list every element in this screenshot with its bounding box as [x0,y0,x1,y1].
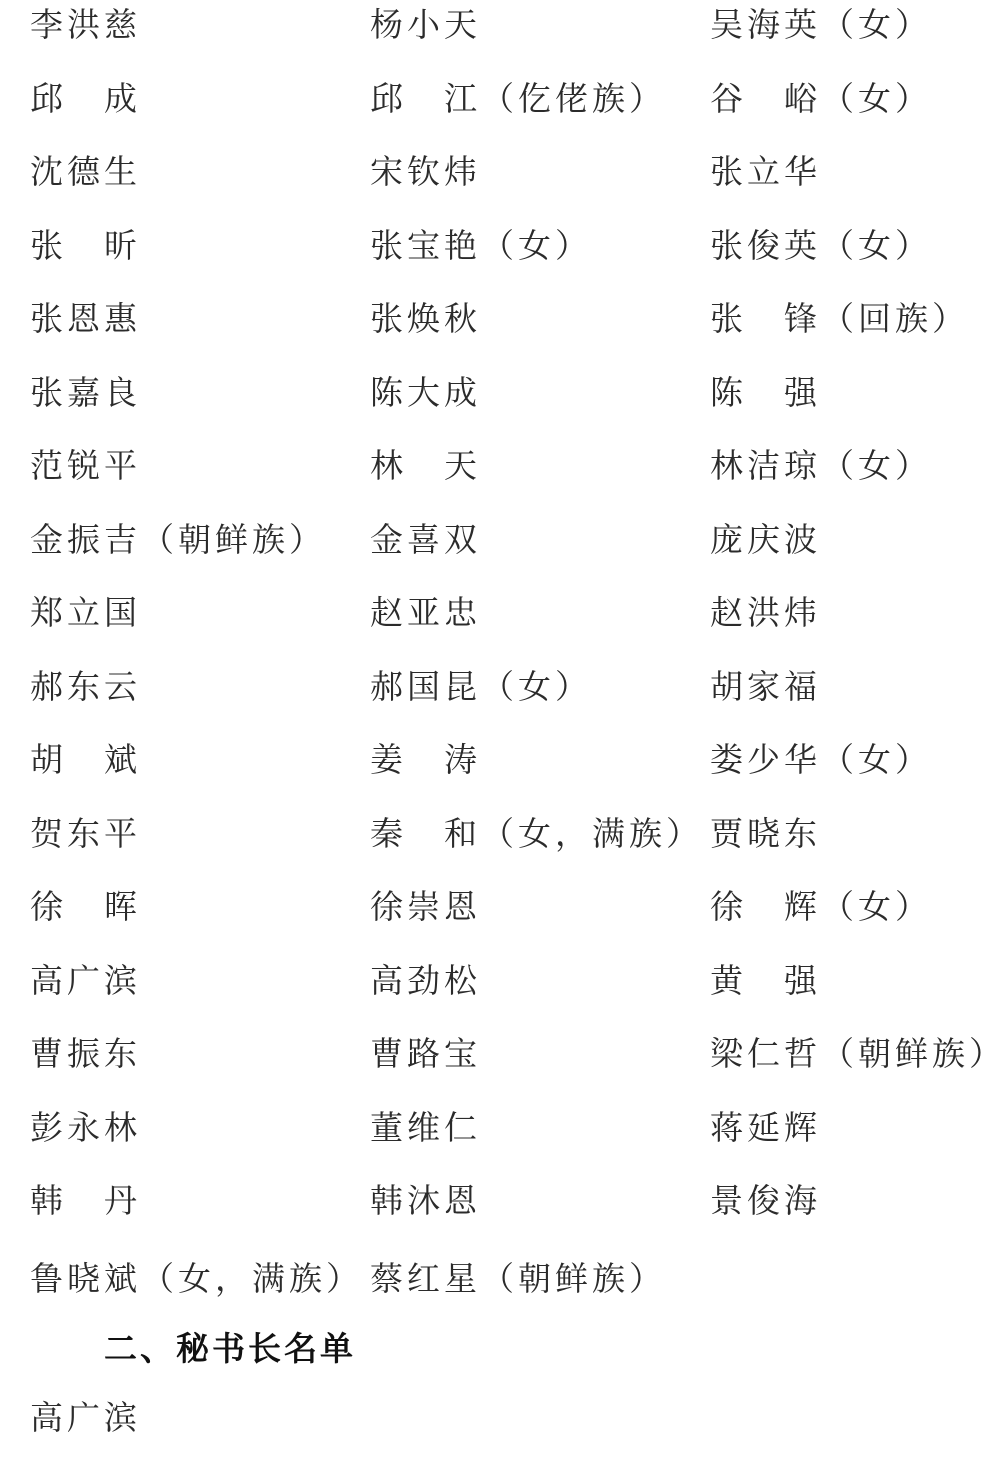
name-row: 张恩惠 张焕秋 张 锋（回族） [0,294,1002,344]
member-name: 郝国昆（女） [370,662,592,712]
member-name: 张俊英（女） [710,221,932,271]
member-name: 董维仁 [370,1103,481,1153]
member-name: 姜 涛 [370,735,481,785]
member-name: 郑立国 [30,588,141,638]
member-name: 蔡红星（朝鲜族） [370,1254,666,1304]
name-row: 郝东云 郝国昆（女） 胡家福 [0,662,1002,712]
member-name: 高广滨 [30,956,141,1006]
member-name: 赵洪炜 [710,588,821,638]
member-name: 彭永林 [30,1103,141,1153]
member-name: 梁仁哲（朝鲜族） [710,1029,1002,1079]
name-row: 彭永林 董维仁 蒋延辉 [0,1103,1002,1153]
secretary-general-name: 高广滨 [30,1393,141,1443]
member-name: 张恩惠 [30,294,141,344]
member-name: 张 锋（回族） [710,294,969,344]
name-row: 高广滨 高劲松 黄 强 [0,956,1002,1006]
member-name: 贺东平 [30,809,141,859]
member-name: 赵亚忠 [370,588,481,638]
member-name: 韩 丹 [30,1176,141,1226]
name-row: 韩 丹 韩沐恩 景俊海 [0,1176,1002,1226]
name-row: 沈德生 宋钦炜 张立华 [0,147,1002,197]
member-name: 陈 强 [710,368,821,418]
member-name: 黄 强 [710,956,821,1006]
member-name: 鲁晓斌（女，满族） [30,1254,363,1304]
name-row: 郑立国 赵亚忠 赵洪炜 [0,588,1002,638]
name-row: 范锐平 林 天 林洁琼（女） [0,441,1002,491]
member-name: 李洪慈 [30,0,141,50]
member-name: 徐崇恩 [370,882,481,932]
name-row: 张嘉良 陈大成 陈 强 [0,368,1002,418]
member-name: 贾晓东 [710,809,821,859]
name-row: 胡 斌 姜 涛 娄少华（女） [0,735,1002,785]
member-name: 林洁琼（女） [710,441,932,491]
member-name: 秦 和（女，满族） [370,809,703,859]
member-name: 范锐平 [30,441,141,491]
member-name: 张立华 [710,147,821,197]
name-row: 鲁晓斌（女，满族） 蔡红星（朝鲜族） [0,1254,1002,1304]
member-name: 杨小天 [370,0,481,50]
member-name: 景俊海 [710,1176,821,1226]
member-name: 韩沐恩 [370,1176,481,1226]
name-row: 曹振东 曹路宝 梁仁哲（朝鲜族） [0,1029,1002,1079]
name-row: 贺东平 秦 和（女，满族） 贾晓东 [0,809,1002,859]
member-name: 张焕秋 [370,294,481,344]
member-name: 庞庆波 [710,515,821,565]
member-name: 张宝艳（女） [370,221,592,271]
name-row: 张 昕 张宝艳（女） 张俊英（女） [0,221,1002,271]
member-name: 邱 成 [30,74,141,124]
member-name: 徐 晖 [30,882,141,932]
member-name: 娄少华（女） [710,735,932,785]
member-name: 徐 辉（女） [710,882,932,932]
member-name: 金喜双 [370,515,481,565]
member-name: 吴海英（女） [710,0,932,50]
section-heading-secretary-general: 二、秘书长名单 [104,1324,356,1374]
member-name: 宋钦炜 [370,147,481,197]
member-name: 曹振东 [30,1029,141,1079]
member-name: 邱 江（仡佬族） [370,74,666,124]
member-name: 张 昕 [30,221,141,271]
member-name: 金振吉（朝鲜族） [30,515,326,565]
member-name: 沈德生 [30,147,141,197]
member-name: 张嘉良 [30,368,141,418]
member-name: 胡家福 [710,662,821,712]
name-row: 徐 晖 徐崇恩 徐 辉（女） [0,882,1002,932]
member-name: 胡 斌 [30,735,141,785]
member-name: 蒋延辉 [710,1103,821,1153]
member-name: 陈大成 [370,368,481,418]
name-row: 金振吉（朝鲜族） 金喜双 庞庆波 [0,515,1002,565]
name-row: 邱 成 邱 江（仡佬族） 谷 峪（女） [0,74,1002,124]
member-name: 谷 峪（女） [710,74,932,124]
member-name: 郝东云 [30,662,141,712]
member-name: 林 天 [370,441,481,491]
name-row: 李洪慈 杨小天 吴海英（女） [0,0,1002,50]
member-name: 高劲松 [370,956,481,1006]
member-name: 曹路宝 [370,1029,481,1079]
